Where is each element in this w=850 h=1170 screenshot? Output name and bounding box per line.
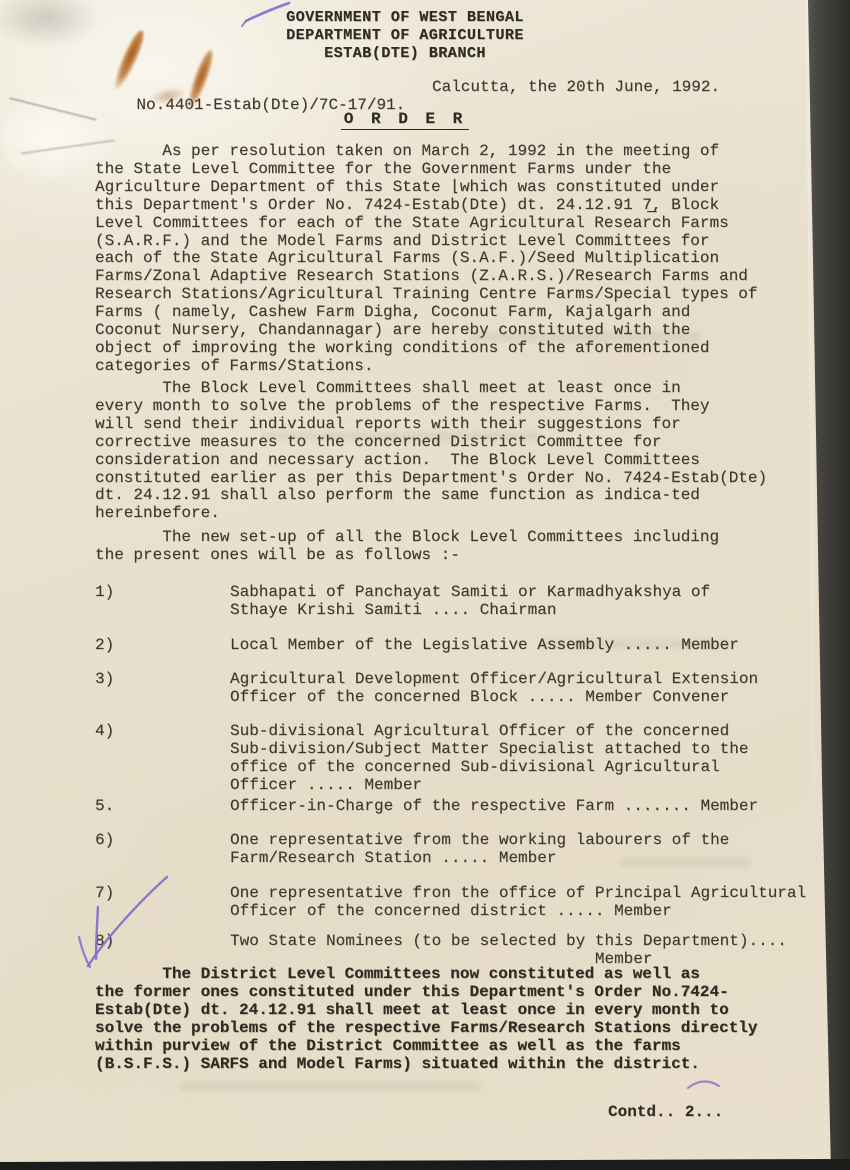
paragraph-block-committees: The Block Level Committees shall meet at…: [95, 380, 785, 523]
department-name: DEPARTMENT OF AGRICULTURE: [0, 26, 810, 44]
paragraph-new-setup: The new set-up of all the Block Level Co…: [95, 529, 785, 565]
item-text: Local Member of the Legislative Assembly…: [230, 637, 795, 655]
list-item-8: 8) Two State Nominees (to be selected by…: [95, 933, 795, 969]
order-title: O R D E R: [0, 110, 810, 130]
list-item-3: 3) Agricultural Development Officer/Agri…: [95, 671, 795, 707]
scan-edge-bottom: [0, 1156, 850, 1170]
item-number: 3): [95, 671, 114, 689]
list-item-7: 7) One representative fron the office of…: [95, 885, 795, 921]
list-item-6: 6) One representative from the working l…: [95, 832, 795, 868]
item-number: 4): [95, 723, 114, 741]
item-number: 8): [95, 933, 114, 951]
item-text: Officer-in-Charge of the respective Farm…: [230, 798, 795, 816]
list-item-2: 2) Local Member of the Legislative Assem…: [95, 637, 795, 655]
item-text: Two State Nominees (to be selected by th…: [230, 933, 795, 969]
continuation-note: Contd.. 2...: [608, 1104, 723, 1122]
letterhead: GOVERNMENT OF WEST BENGAL DEPARTMENT OF …: [0, 8, 810, 62]
item-number: 7): [95, 885, 114, 903]
item-number: 1): [95, 584, 114, 602]
item-text: One representative fron the office of Pr…: [230, 885, 795, 921]
item-number: 5.: [95, 798, 114, 816]
pen-arc-bottom: [688, 1081, 719, 1088]
item-text: Sub-divisional Agricultural Officer of t…: [230, 723, 795, 795]
scanned-document-page: GOVERNMENT OF WEST BENGAL DEPARTMENT OF …: [0, 0, 850, 1170]
list-item-4: 4) Sub-divisional Agricultural Officer o…: [95, 723, 795, 795]
item-text: One representative from the working labo…: [230, 832, 795, 868]
branch-name: ESTAB(DTE) BRANCH: [0, 44, 810, 62]
ink-bleed-through: [180, 1082, 480, 1091]
place-and-date: Calcutta, the 20th June, 1992.: [432, 79, 720, 97]
pen-check-extra-stroke: [79, 937, 90, 967]
paragraph-district-committees: The District Level Committees now consti…: [95, 966, 785, 1073]
item-number: 2): [95, 637, 114, 655]
item-text: Sabhapati of Panchayat Samiti or Karmadh…: [230, 584, 795, 620]
item-text: Agricultural Development Officer/Agricul…: [230, 671, 795, 707]
government-name: GOVERNMENT OF WEST BENGAL: [0, 8, 810, 26]
item-number: 6): [95, 832, 114, 850]
list-item-1: 1) Sabhapati of Panchayat Samiti or Karm…: [95, 584, 795, 620]
list-item-5: 5. Officer-in-Charge of the respective F…: [95, 798, 795, 816]
paragraph-resolution: As per resolution taken on March 2, 1992…: [95, 143, 785, 376]
order-title-text: O R D E R: [341, 110, 469, 130]
